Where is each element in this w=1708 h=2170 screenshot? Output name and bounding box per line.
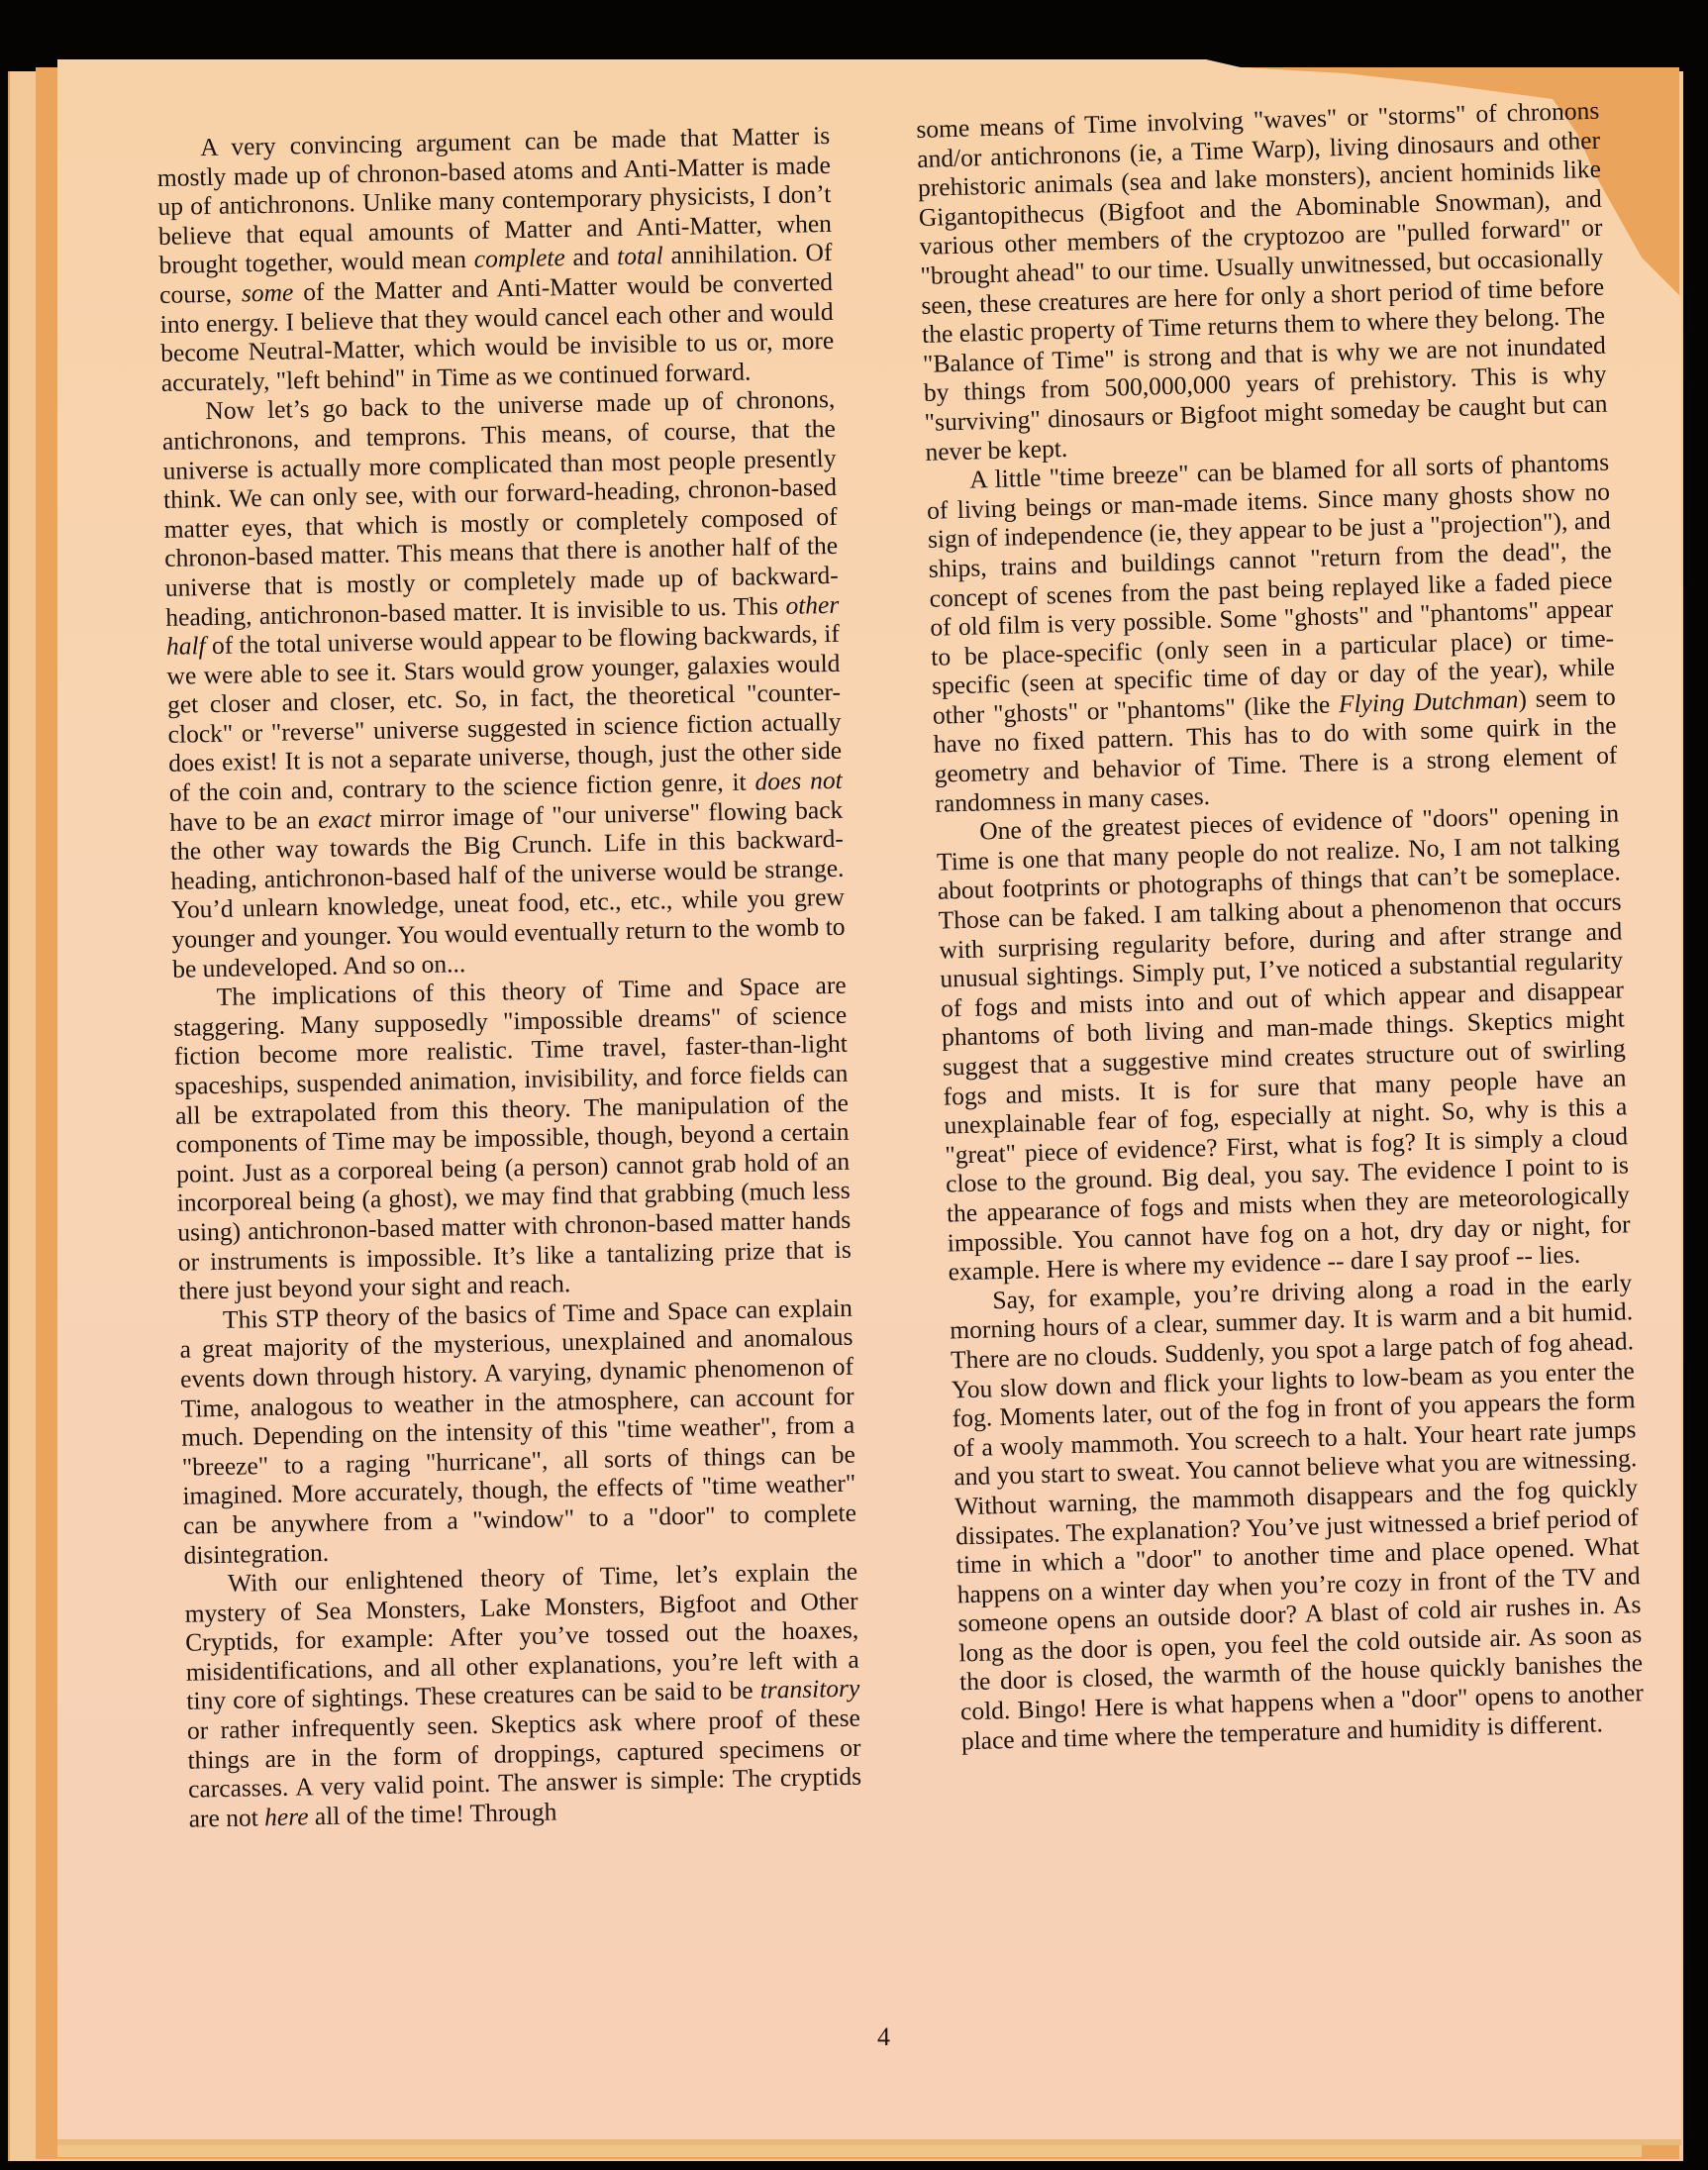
photo-scene: A very convincing argument can be made t… — [0, 0, 1708, 2170]
paragraph: A little "time breeze" can be blamed for… — [926, 448, 1619, 818]
paragraph: One of the greatest pieces of evidence o… — [936, 799, 1632, 1288]
paragraph: The implications of this theory of Time … — [172, 971, 852, 1306]
emphasis-text: some — [242, 277, 294, 307]
emphasis-text: other half — [166, 589, 840, 661]
paragraph: A very convincing argument can be made t… — [156, 121, 835, 397]
paragraph: Say, for example, you’re driving along a… — [949, 1268, 1645, 1756]
emphasis-text: Flying Dutchman — [1339, 684, 1519, 718]
left-column: A very convincing argument can be made t… — [156, 121, 862, 1833]
paragraph-continuation: some means of Time involving "waves" or … — [916, 96, 1609, 466]
emphasis-text: complete — [473, 243, 565, 273]
emphasis-text: here — [264, 1802, 309, 1831]
paragraph: This STP theory of the basics of Time an… — [179, 1292, 857, 1569]
emphasis-text: exact — [318, 804, 371, 834]
emphasis-text: transitory — [759, 1674, 859, 1705]
emphasis-text: does not — [754, 766, 843, 796]
paragraph: With our enlightened theory of Time, let… — [184, 1557, 862, 1833]
emphasis-text: total — [617, 242, 663, 271]
paragraph: Now let’s go back to the universe made u… — [161, 384, 846, 983]
right-column: some means of Time involving "waves" or … — [916, 96, 1645, 1756]
page-number: 4 — [877, 2022, 890, 2052]
page-bottom-edge — [57, 2145, 1642, 2157]
